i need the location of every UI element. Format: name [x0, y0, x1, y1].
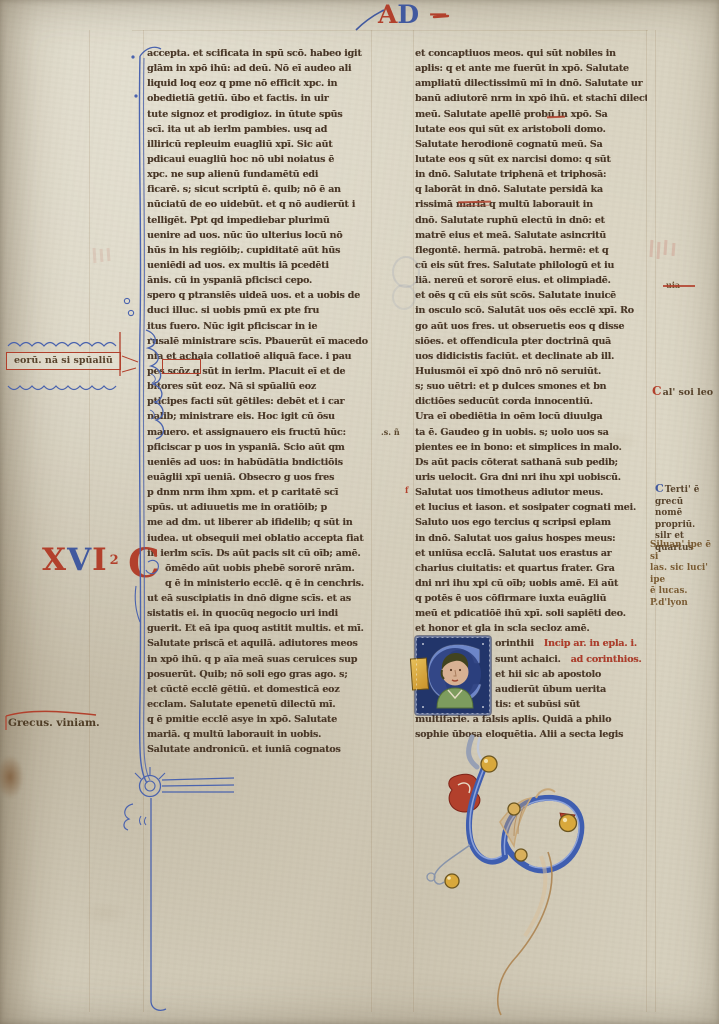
text-line-segment: orinthii: [495, 638, 534, 649]
text-line: meū. Salutate apellē probū in xpō. Sa: [415, 107, 647, 122]
gutter-red-tick: f: [405, 485, 408, 495]
text-line: accepta. et scificata in spū scō. habeo …: [147, 46, 372, 61]
text-line: go aūt uos fres. ut obseruetis eos q dis…: [415, 319, 647, 334]
text-line: matrē eius et meā. Salutate asincritū: [415, 228, 647, 243]
column-right-upper-text: et concaptiuos meos. qui sūt nobiles ina…: [415, 46, 647, 636]
chapter-numeral-x: X: [42, 542, 67, 578]
marginal-note-1: Cal' soi leo: [652, 384, 718, 398]
text-line: et uniūsa ecclā. Salutat uos erastus ar: [415, 546, 647, 561]
historiated-initial-letter: C: [419, 629, 491, 721]
text-line: nūciatū de eo uidebūt. et q nō audierūt …: [147, 197, 372, 212]
ruling-line: [143, 30, 144, 1012]
text-line: dictiōes seducūt corda innocentiū.: [415, 394, 647, 409]
text-line: pientes ee in bono: et simplices in malo…: [415, 440, 647, 455]
ruling-line: [132, 30, 648, 31]
chapter-number-suffix: 2: [110, 553, 120, 568]
marginal-note-3: Siluan' ipe ē si las. sic luci' ipe ē lu…: [650, 540, 718, 609]
text-line: hūs in his regiōib;. cupiditatē aūt hūs: [147, 243, 372, 258]
text-line: sistatis ei. in quocūq negocio uri indi: [147, 606, 372, 621]
text-line: et hii sic ab apostolo: [495, 667, 647, 682]
text-line: ecclam. Salutate epenetū dilectū mī.: [147, 697, 372, 712]
text-line: q ē in ministerio ecclē. q ē in cenchris…: [147, 576, 372, 591]
text-line: et oēs q cū eis sūt scōs. Salutate inuic…: [415, 288, 647, 303]
text-line: spūs. ut adiuuetis me in oratiōib; p: [147, 500, 372, 515]
rubric-text: Incip ar. in epla. i.: [544, 638, 637, 649]
text-line: ōmēdo aūt uobis phebē sororē nrām.: [147, 561, 372, 576]
text-line: orinthiiIncip ar. in epla. i.: [495, 636, 647, 651]
text-line: liā. nereū et sororē eius. et olimpiadē.: [415, 273, 647, 288]
text-line: ampliatū dilectissimū mī in dnō. Salutat…: [415, 76, 647, 91]
edge-stain: [0, 755, 24, 799]
text-line: illiricū repleuim euagliū xpī. Sic aūt: [147, 137, 372, 152]
red-strikethrough-mark: [663, 285, 695, 287]
text-line: cū eis sūt fres. Salutate philologū et i…: [415, 258, 647, 273]
text-line: ut eā suscipiatis in dnō digne scīs. et …: [147, 591, 372, 606]
text-line: Salutat uos timotheus adiutor meus.: [415, 485, 647, 500]
text-line: tute signoz et prodigioz. in ūtute spūs: [147, 107, 372, 122]
text-line: glām in xpō ihū: ad deū. Nō eī audeo ali: [147, 61, 372, 76]
text-line: Ura eī obediētia in oēm locū diuulga: [415, 409, 647, 424]
text-line: dni nri ihu xpi cū oīb; uobis amē. Ei aū…: [415, 576, 647, 591]
marginal-correction-note: eorū. nā si spūaliū: [6, 352, 121, 370]
text-line: in dnō. Salutat uos gaius hospes meus:: [415, 531, 647, 546]
text-line: uenire ad uos. nūc ūo ulterius locū nō: [147, 228, 372, 243]
text-line: pdicaui euagliū hoc nō ubi noiatus ē: [147, 152, 372, 167]
text-line: Salutate andronicū. et iuniā cognatos: [147, 742, 372, 757]
text-line: tis: et subūsi sūt: [495, 697, 647, 712]
text-line: spero q ptransiēs uideā uos. et a uobis …: [147, 288, 372, 303]
manuscript-page: A D — accepta. et scificata in spū scō. …: [0, 0, 719, 1024]
text-line-segment: sunt achaici.: [495, 654, 561, 665]
gutter-correction-note: .s. ñ: [381, 427, 400, 437]
text-line-segment: ōmēdo aūt uobis phebē sororē nrām.: [165, 563, 354, 574]
marginal-note-3-line3: ē lucas. P.d'lyon: [650, 586, 688, 608]
text-line: s; suo uētri: et p dulces smones et bn: [415, 379, 647, 394]
text-line: Salutate herodionē cognatū meū. Sa: [415, 137, 647, 152]
text-line: q potēs ē uos cōfirmare iuxta euāgliū: [415, 591, 647, 606]
text-line-segment: q ē in ministerio ecclē. q ē in cenchris…: [165, 578, 364, 589]
text-line: flegontē. hermā. patrobā. hermē: et q: [415, 243, 647, 258]
text-line: Huiusmōi eī xpō dnō nrō nō seruiūt.: [415, 364, 647, 379]
text-line: ficarē. s; sicut scriptū ē. quib; nō ē a…: [147, 182, 372, 197]
text-line: uris uelocit. Gra dni nri ihu xpi uobisc…: [415, 470, 647, 485]
chapter-initial-letter: C: [128, 544, 160, 584]
text-line: audierūt ūbum uerita: [495, 682, 647, 697]
marginal-note-2-line2: nomē propriū.: [655, 508, 695, 530]
rubric-text: ad corinthios.: [571, 654, 642, 665]
text-line-segment: audierūt ūbum uerita: [495, 684, 606, 695]
historiated-initial: C: [415, 636, 491, 715]
text-line: sunt achaici.ad corinthios.: [495, 652, 647, 667]
text-line: posuerūt. Quib; nō soli ego gras ago. s;: [147, 667, 372, 682]
text-line: in ierlm scīs. Ds aūt pacis sit cū oīb; …: [147, 546, 372, 561]
marginal-grecus-note: Grecus. viniam.: [8, 717, 100, 729]
chapter-number: XVI2: [42, 542, 120, 578]
marginal-note-3-line2: las. sic luci' ipe: [650, 563, 708, 585]
text-line-segment: tis: et subūsi sūt: [495, 699, 580, 710]
text-line: Saluto uos ego tercius q scripsi eplam: [415, 515, 647, 530]
text-line: Ds aūt pacis cōterat sathanā sub pedib;: [415, 455, 647, 470]
text-column-left: accepta. et scificata in spū scō. habeo …: [147, 46, 372, 758]
text-line: ueniēs ad uos: in habūdātia bndictiōis: [147, 455, 372, 470]
text-line: obedietiā getiū. ūbo et factis. in uir: [147, 91, 372, 106]
text-line: pficiscar p uos in yspaniā. Scio aūt qm: [147, 440, 372, 455]
text-line: q laborāt in dnō. Salutate persidā ka: [415, 182, 647, 197]
marginal-note-1-text: al' soi leo: [663, 387, 714, 398]
text-line: in osculo scō. Salutāt uos oēs ecclē xpī…: [415, 303, 647, 318]
text-line: guerit. Et eā ipa quoq astitit multis. e…: [147, 621, 372, 636]
text-line: ānis. cū in yspaniā pficisci cepo.: [147, 273, 372, 288]
text-line: duci illuc. si uobis pmū ex pte fru: [147, 303, 372, 318]
text-line: banū adiutorē nrm in xpō ihū. et stachī …: [415, 91, 647, 106]
text-line: sophie ūbosa eloquētia. Alii a secta leg…: [415, 727, 647, 742]
chapter-numeral-v: V: [67, 542, 92, 578]
text-line: p dnm nrm ihm xpm. et p caritatē scī: [147, 485, 372, 500]
text-line: siōes. et offendicula pter doctrinā quā: [415, 334, 647, 349]
text-line: et cūctē ecclē gētiū. et domesticā eoz: [147, 682, 372, 697]
text-line: lutate eos qui sūt ex aristoboli domo.: [415, 122, 647, 137]
text-line: rissimā mariā q multū laborauit in: [415, 197, 647, 212]
ruling-line: [413, 30, 414, 1012]
text-line: me ad dm. ut liberer ab ifidelib; q sūt …: [147, 515, 372, 530]
text-line: ta ē. Gaudeo g in uobis. s; uolo uos sa: [415, 425, 647, 440]
text-line: telligēt. Ppt qd impediebar plurimū: [147, 213, 372, 228]
text-line: euāglii xpī ueniā. Obsecro g uos fres: [147, 470, 372, 485]
text-line: lutate eos q sūt ex narcisi domo: q sūt: [415, 152, 647, 167]
paraph-mark-red: C: [652, 384, 662, 398]
column-right-beside-initial-text: orinthiiIncip ar. in epla. i.sunt achaic…: [495, 636, 647, 712]
text-line: bitores sūt eoz. Nā si spūaliū eoz: [147, 379, 372, 394]
text-line: in xpō ihū. q p aīa meā suas ceruices su…: [147, 652, 372, 667]
text-line: pticipes facti sūt gētiles: debēt et i c…: [147, 394, 372, 409]
running-title-letter-d: D: [397, 2, 419, 28]
text-line: ueniēdi ad uos. ex multis iā pcedēti: [147, 258, 372, 273]
fox-spot: [80, 900, 130, 926]
text-line: q ē pmitie ecclē asye in xpō. Salutate: [147, 712, 372, 727]
text-line: uos didicistis faciūt. et declinate ab i…: [415, 349, 647, 364]
running-title-letter-a: A: [378, 2, 397, 28]
text-line: meū et pdicatiōē ihū xpī. soli sapiēti d…: [415, 606, 647, 621]
ruling-line: [89, 30, 90, 1012]
text-line: itus fuero. Nūc igit pficiscar in ie: [147, 319, 372, 334]
text-line-segment: et hii sic ab apostolo: [495, 669, 601, 680]
text-line: dnō. Salutate ruphū electū in dnō: et: [415, 213, 647, 228]
text-line: in dnō. Salutate triphenā et triphosā:: [415, 167, 647, 182]
text-line: et concaptiuos meos. qui sūt nobiles in: [415, 46, 647, 61]
text-line: rusalē ministrare scīs. Pbauerūt eī mace…: [147, 334, 372, 349]
text-line: xpc. ne sup alienū fundamētū edi: [147, 167, 372, 182]
text-line: et lucius et iason. et sosipater cognati…: [415, 500, 647, 515]
text-line: nalib; ministrare eis. Hoc igit cū ōsu: [147, 409, 372, 424]
text-line: charius ciuitatis: et quartus frater. Gr…: [415, 561, 647, 576]
running-title-dash: —: [429, 2, 447, 26]
running-title: A D —: [378, 2, 447, 28]
text-line: mauero. et assignauero eis fructū hūc:: [147, 425, 372, 440]
text-line: aplis: q et ante me fuerūt in xpō. Salut…: [415, 61, 647, 76]
text-line: Salutate priscā et aquilā. adiutores meo…: [147, 636, 372, 651]
paraph-mark-blue: C: [655, 482, 664, 495]
red-box-correction-mark: [162, 359, 201, 374]
text-line: iudea. ut obsequii mei oblatio accepta f…: [147, 531, 372, 546]
marginal-note-3-line1: Siluan' ipe ē si: [650, 540, 711, 562]
text-line: mariā. q multū laborauit in uobis.: [147, 727, 372, 742]
text-line: liquid loq eoz q pme nō efficit xpc. in: [147, 76, 372, 91]
chapter-numeral-i: I: [92, 542, 108, 578]
text-line: scī. ita ut ab ierlm pambies. usq ad: [147, 122, 372, 137]
